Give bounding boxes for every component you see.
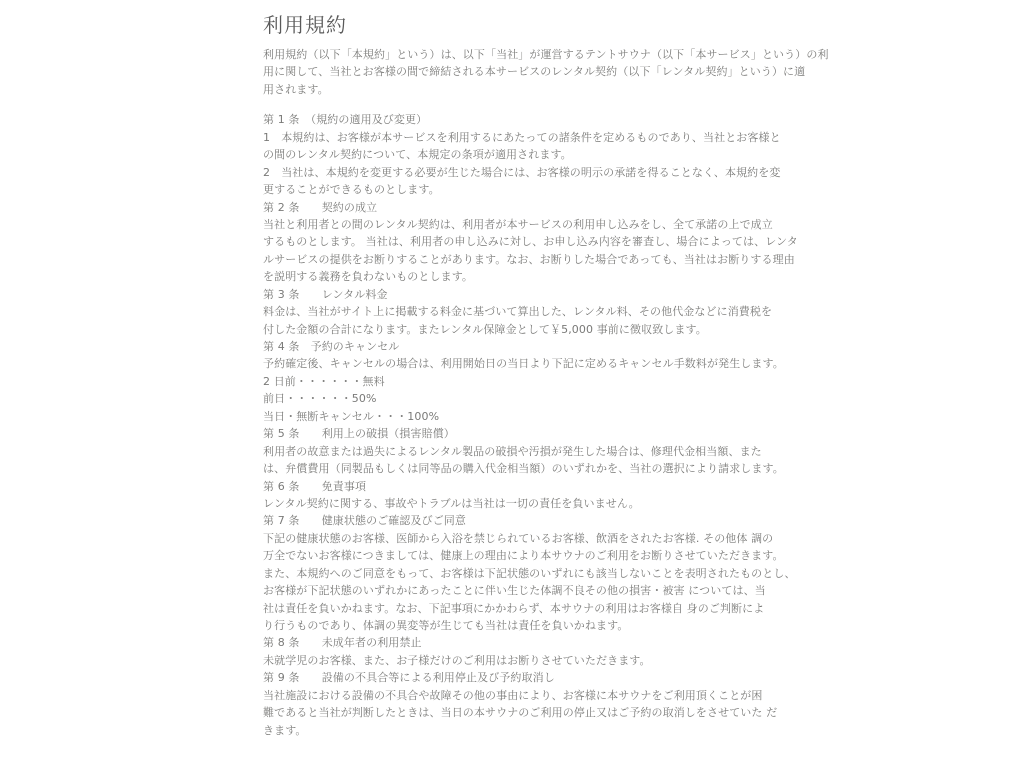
text-line: 前日・・・・・・50% — [263, 390, 783, 407]
text-line: 1 本規約は、お客様が本サービスを利用するにあたっての諸条件を定めるものであり、… — [263, 129, 783, 146]
page-title: 利用規約 — [263, 12, 783, 38]
text-line: 利用規約（以下「本規約」という）は、以下「当社」が運営するテントサウナ（以下「本… — [263, 46, 783, 63]
text-line: 2 当社は、本規約を変更する必要が生じた場合には、お客様の明示の承諾を得ることな… — [263, 164, 783, 181]
text-line: 第 1 条 （規約の適用及び変更） — [263, 111, 783, 128]
text-line: 第 7 条 健康状態のご確認及びご同意 — [263, 512, 783, 529]
text-line: レンタル契約に関する、事故やトラブルは当社は一切の責任を負いません。 — [263, 495, 783, 512]
terms-body: 第 1 条 （規約の適用及び変更）1 本規約は、お客様が本サービスを利用するにあ… — [263, 111, 783, 739]
text-line: 付した金額の合計になります。またレンタル保障金として￥5,000 事前に徴収致し… — [263, 321, 783, 338]
text-line: の間のレンタル契約について、本規定の条項が適用されます。 — [263, 146, 783, 163]
text-line: 第 6 条 免責事項 — [263, 478, 783, 495]
text-line: きます。 — [263, 722, 783, 739]
text-line: 第 2 条 契約の成立 — [263, 199, 783, 216]
text-line: 未就学児のお客様、また、お子様だけのご利用はお断りさせていただきます。 — [263, 652, 783, 669]
text-line: お客様が下記状態のいずれかにあったことに伴い生じた体調不良その他の損害・被害 に… — [263, 582, 783, 599]
text-line: り行うものであり、体調の異変等が生じても当社は責任を負いかねます。 — [263, 617, 783, 634]
text-line: は、弁償費用（同製品もしくは同等品の購入代金相当額）のいずれかを、当社の選択によ… — [263, 460, 783, 477]
text-line: 当社施設における設備の不具合や故障その他の事由により、お客様に本サウナをご利用頂… — [263, 687, 783, 704]
text-line: 第 5 条 利用上の破損（損害賠償） — [263, 425, 783, 442]
text-line: 予約確定後、キャンセルの場合は、利用開始日の当日より下記に定めるキャンセル手数料… — [263, 355, 783, 372]
text-line: 用に関して、当社とお客様の間で締結される本サービスのレンタル契約（以下「レンタル… — [263, 63, 783, 80]
text-line: 料金は、当社がサイト上に掲載する料金に基づいて算出した、レンタル料、その他代金な… — [263, 303, 783, 320]
text-line: 用されます。 — [263, 81, 783, 98]
text-line: 第 9 条 設備の不具合等による利用停止及び予約取消し — [263, 669, 783, 686]
text-line: 第 4 条 予約のキャンセル — [263, 338, 783, 355]
text-line: するものとします。 当社は、利用者の申し込みに対し、お申し込み内容を審査し、場合… — [263, 233, 783, 250]
text-line: を説明する義務を負わないものとします。 — [263, 268, 783, 285]
text-line: 更することができるものとします。 — [263, 181, 783, 198]
text-line: 当社と利用者との間のレンタル契約は、利用者が本サービスの利用申し込みをし、全て承… — [263, 216, 783, 233]
text-line: 当日・無断キャンセル・・・100% — [263, 408, 783, 425]
text-line: 難であると当社が判断したときは、当日の本サウナのご利用の停止又はご予約の取消しを… — [263, 704, 783, 721]
text-line: 社は責任を負いかねます。なお、下記事項にかかわらず、本サウナの利用はお客様自 身… — [263, 600, 783, 617]
text-line: ルサービスの提供をお断りすることがあります。なお、お断りした場合であっても、当社… — [263, 251, 783, 268]
text-line: 第 8 条 未成年者の利用禁止 — [263, 634, 783, 651]
text-line: 下記の健康状態のお客様、医師から入浴を禁じられているお客様、飲酒をされたお客様.… — [263, 530, 783, 547]
text-line: 利用者の故意または過失によるレンタル製品の破損や汚損が発生した場合は、修理代金相… — [263, 443, 783, 460]
text-line: また、本規約へのご同意をもって、お客様は下記状態のいずれにも該当しないことを表明… — [263, 565, 783, 582]
terms-of-service-document: 利用規約 利用規約（以下「本規約」という）は、以下「当社」が運営するテントサウナ… — [263, 0, 783, 739]
intro-paragraph: 利用規約（以下「本規約」という）は、以下「当社」が運営するテントサウナ（以下「本… — [263, 46, 783, 98]
text-line: 万全でないお客様につきましては、健康上の理由により本サウナのご利用をお断りさせて… — [263, 547, 783, 564]
text-line: 第 3 条 レンタル料金 — [263, 286, 783, 303]
text-line: 2 日前・・・・・・無料 — [263, 373, 783, 390]
